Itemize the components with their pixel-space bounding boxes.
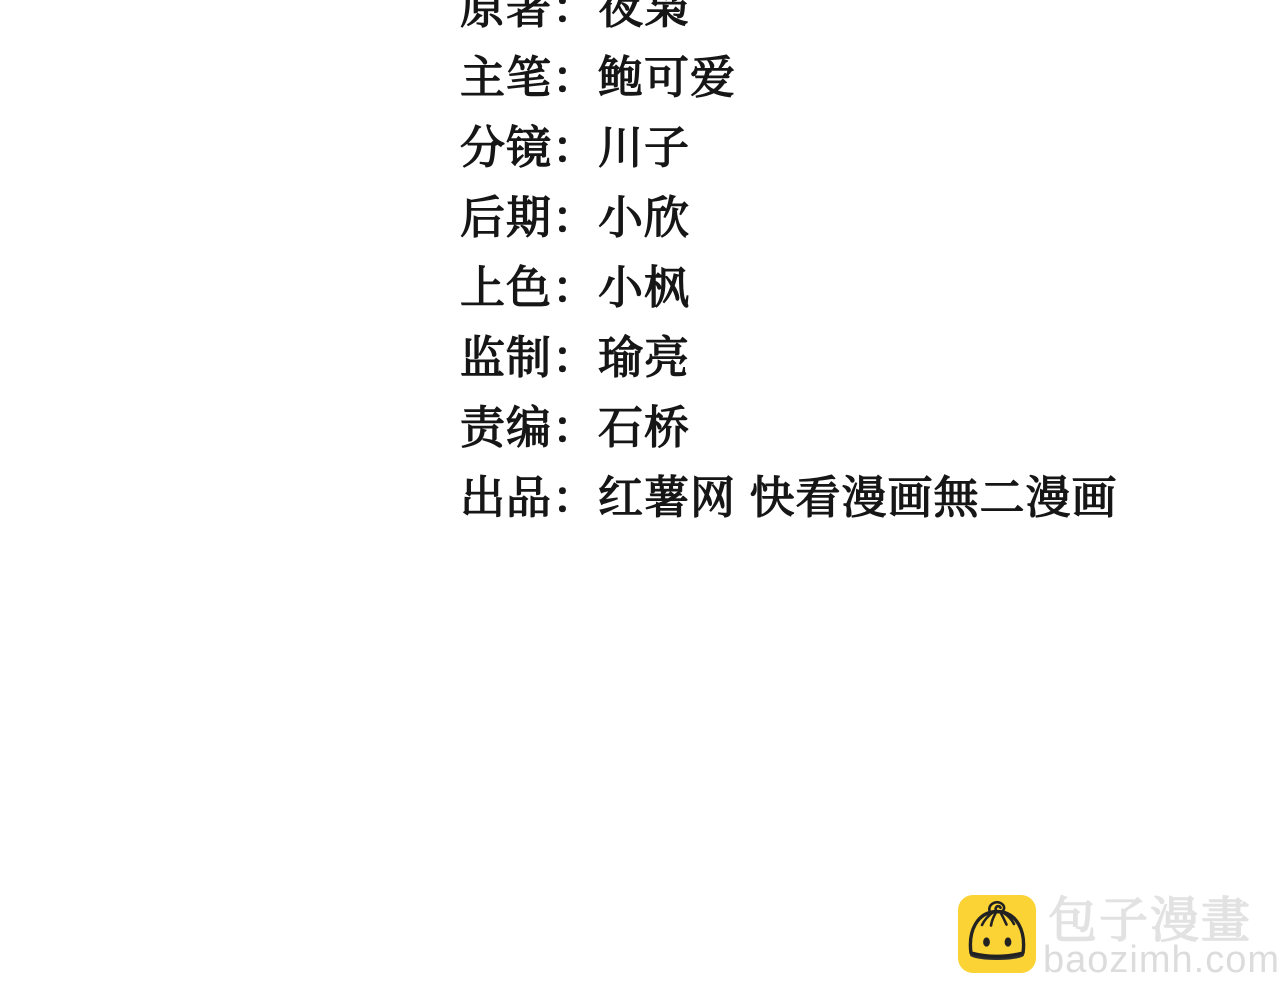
credit-separator: ：: [552, 122, 598, 173]
credit-person-name: 瑜亮: [598, 332, 690, 383]
credit-person-name: 小欣: [598, 192, 690, 243]
watermark-site-url: baozimh.com: [1043, 940, 1280, 980]
credit-role-label: 原著: [460, 0, 552, 33]
credit-separator: ：: [552, 0, 598, 33]
credit-role-label: 主笔: [460, 52, 552, 103]
credit-role-label: 后期: [460, 192, 552, 243]
credit-line-supervisor: 监制：瑜亮: [460, 323, 1118, 393]
credit-role-label: 出品: [460, 472, 552, 523]
credit-role-label: 责编: [460, 402, 552, 453]
baozi-bun-icon: [958, 895, 1036, 973]
credit-role-label: 分镜: [460, 122, 552, 173]
credit-separator: ：: [552, 402, 598, 453]
credit-person-name: 夜枭: [598, 0, 690, 33]
credit-person-name: 鲍可爱: [598, 52, 736, 103]
credit-line-producer: 出品：红薯网 快看漫画無二漫画: [460, 463, 1118, 533]
credit-line-storyboard: 分镜：川子: [460, 113, 1118, 183]
credit-separator: ：: [552, 262, 598, 313]
credit-role-label: 上色: [460, 262, 552, 313]
credit-person-name: 小枫: [598, 262, 690, 313]
credit-role-label: 监制: [460, 332, 552, 383]
watermark: 包子漫畫 baozimh.com: [958, 895, 1280, 999]
credit-line-post-production: 后期：小欣: [460, 183, 1118, 253]
credit-person-name: 红薯网 快看漫画無二漫画: [598, 472, 1118, 523]
credit-person-name: 石桥: [598, 402, 690, 453]
credit-person-name: 川子: [598, 122, 690, 173]
credit-line-editor: 责编：石桥: [460, 393, 1118, 463]
credit-separator: ：: [552, 332, 598, 383]
credit-line-original-author: 原著：夜枭: [460, 0, 1118, 43]
credit-separator: ：: [552, 472, 598, 523]
credit-separator: ：: [552, 52, 598, 103]
credits-block: 原著：夜枭 主笔：鲍可爱 分镜：川子 后期：小欣 上色：小枫 监制：瑜亮 责编：…: [460, 0, 1118, 533]
credit-line-coloring: 上色：小枫: [460, 253, 1118, 323]
credit-separator: ：: [552, 192, 598, 243]
credit-line-lead-artist: 主笔：鲍可爱: [460, 43, 1118, 113]
